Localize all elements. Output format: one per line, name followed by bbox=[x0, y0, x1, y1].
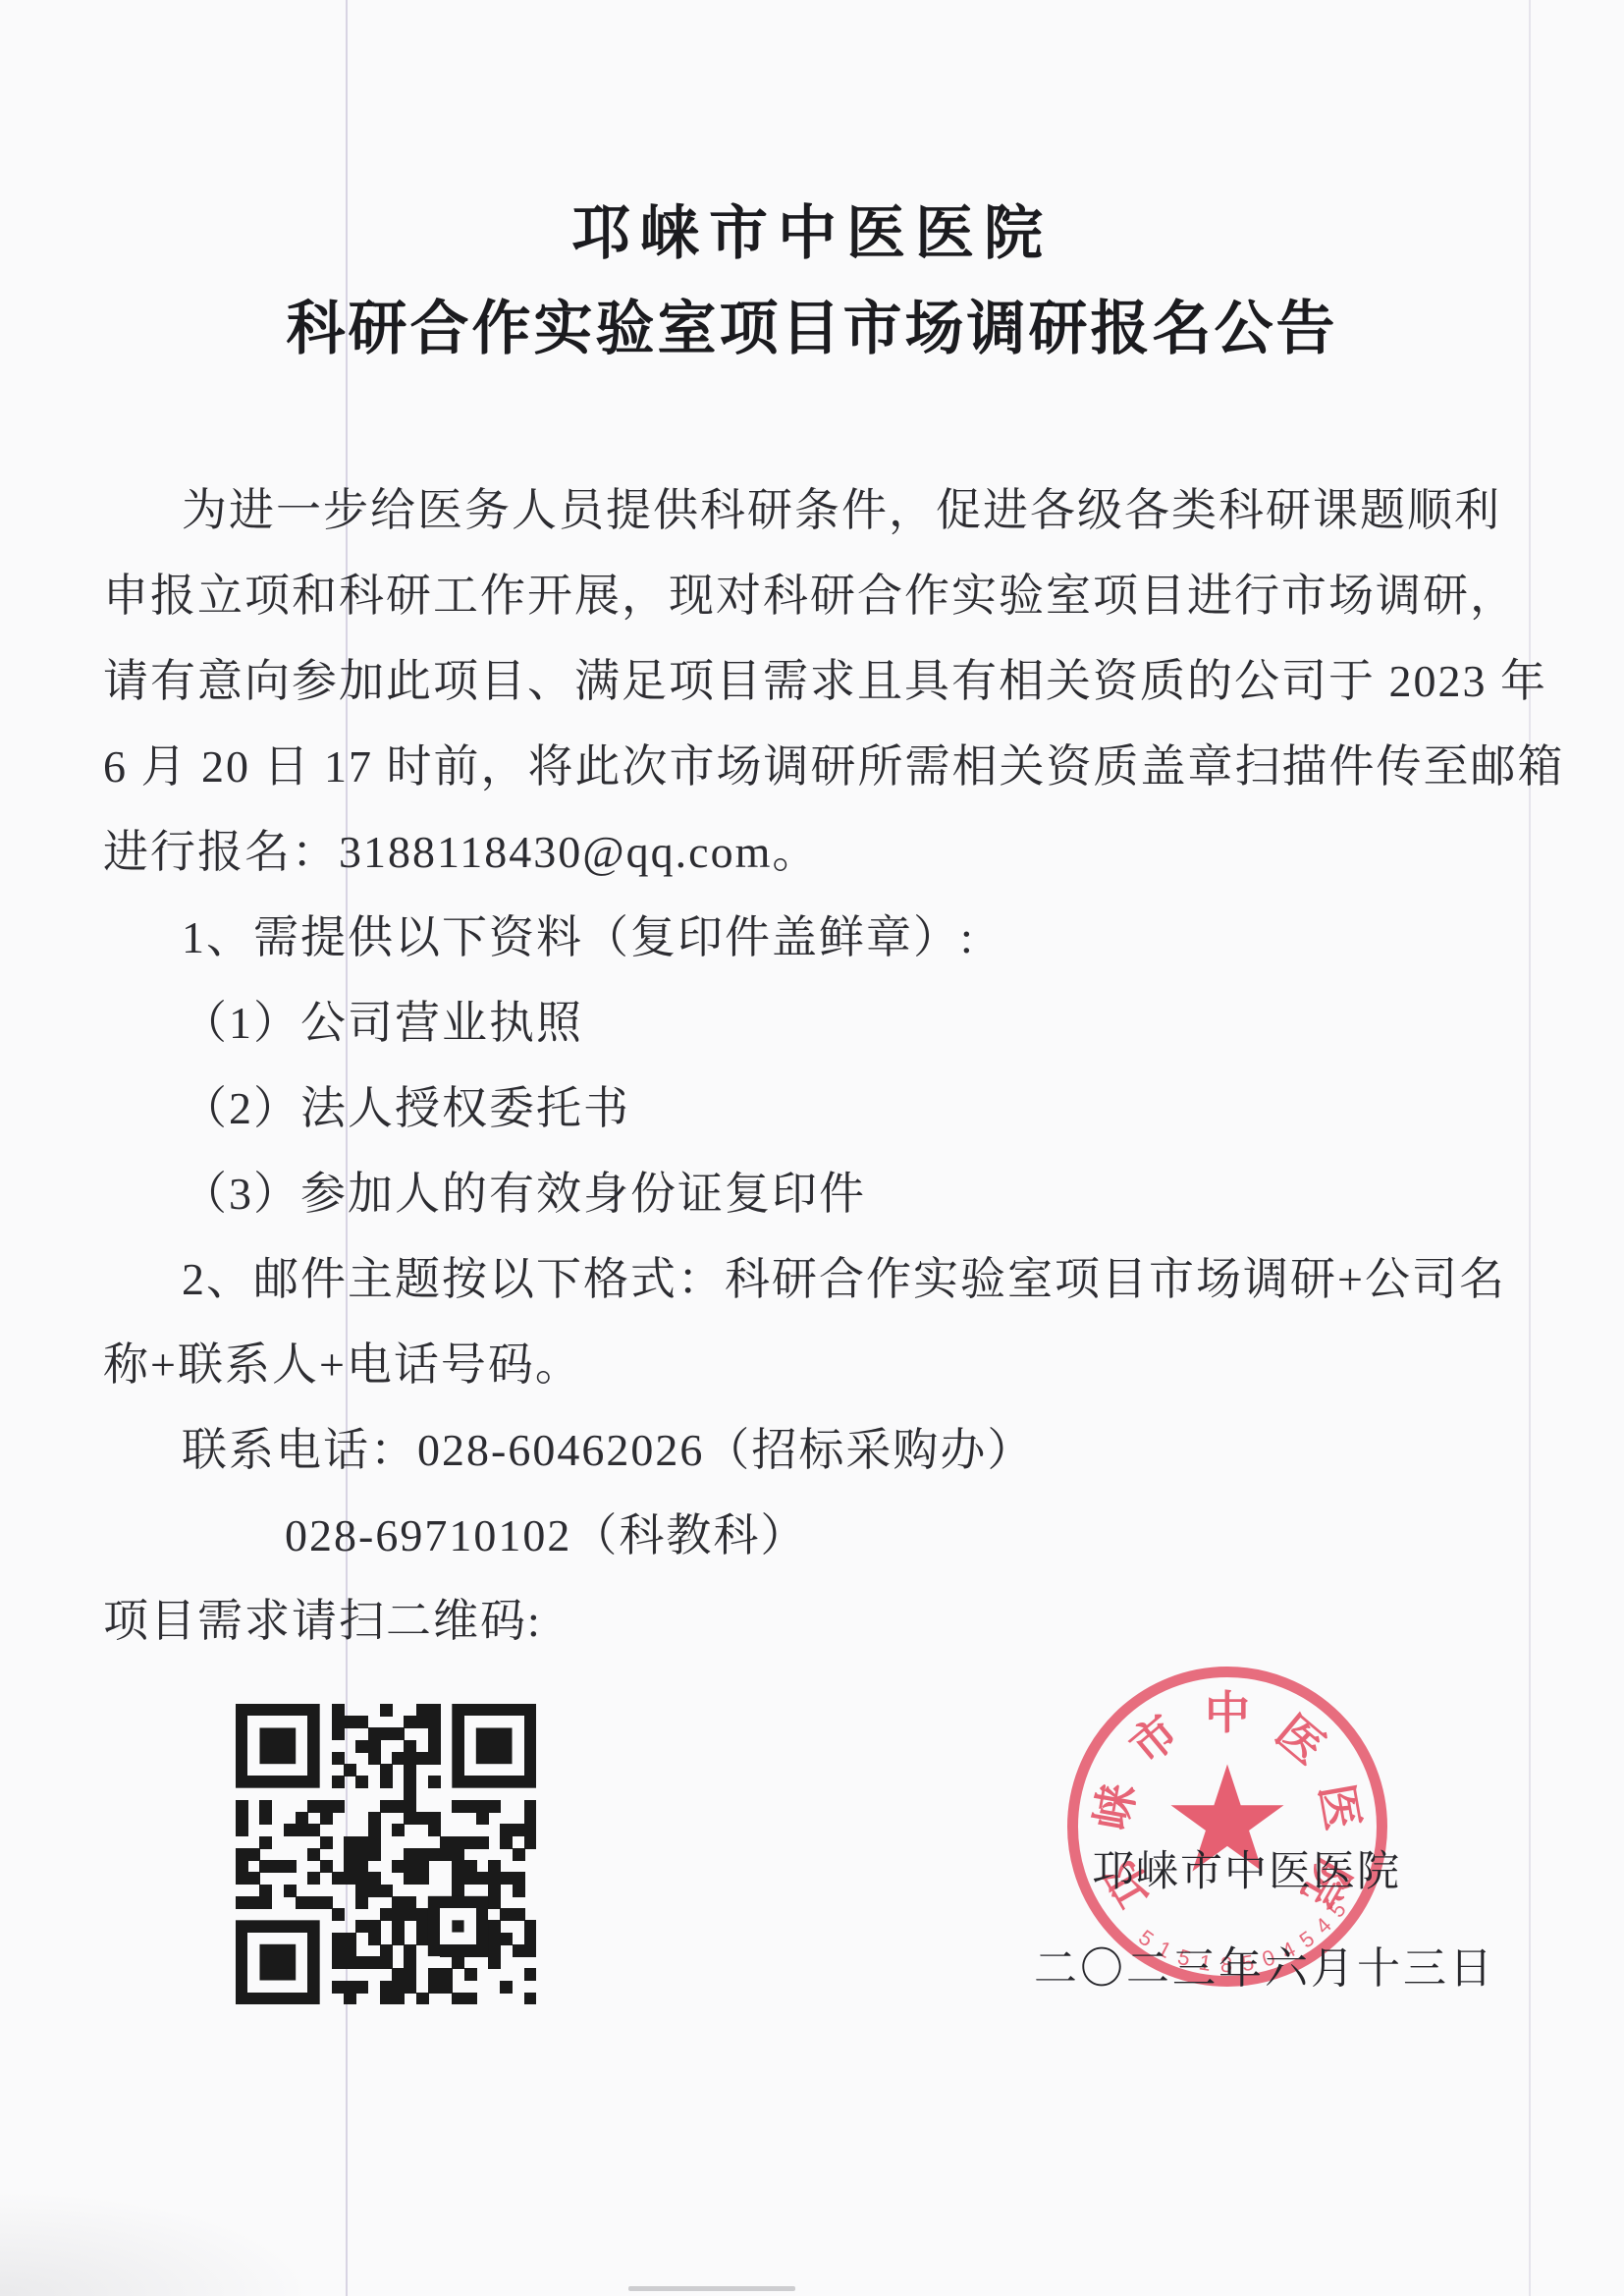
signature-hospital-name: 邛崃市中医医院 bbox=[1092, 1838, 1401, 1898]
seal-code: 51518504545 bbox=[1078, 1677, 1377, 1976]
list-item-1-header: 1、需提供以下资料（复印件盖鲜章）: bbox=[103, 895, 1537, 980]
body-line: 6 月 20 日 17 时前，将此次市场调研所需相关资质盖章扫描件传至邮箱 bbox=[103, 724, 1537, 809]
list-item-2-header: 2、邮件主题按以下格式：科研合作实验室项目市场调研+公司名 bbox=[103, 1236, 1537, 1322]
scan-edge-artifact bbox=[628, 2286, 795, 2291]
list-item-business-license: （1）公司营业执照 bbox=[103, 980, 1537, 1066]
contact-phone-2: 028-69710102（科教科） bbox=[103, 1493, 1537, 1578]
body-line: 为进一步给医务人员提供科研条件，促进各级各类科研课题顺利 bbox=[103, 467, 1537, 553]
body-line: 申报立项和科研工作开展，现对科研合作实验室项目进行市场调研， bbox=[103, 553, 1537, 638]
hospital-title: 邛崃市中医医院 bbox=[0, 204, 1624, 263]
seal-ring-char: 市 bbox=[1121, 1706, 1188, 1773]
scanned-document-page: 邛崃市中医医院 科研合作实验室项目市场调研报名公告 为进一步给医务人员提供科研条… bbox=[0, 0, 1624, 2296]
contact-phone-1: 联系电话：028-60462026（招标采购办） bbox=[103, 1407, 1537, 1493]
seal-ring-char: 中 bbox=[1204, 1689, 1251, 1736]
list-item-id-copy: （3）参加人的有效身份证复印件 bbox=[103, 1151, 1537, 1236]
body-line: 请有意向参加此项目、满足项目需求且具有相关资质的公司于 2023 年 bbox=[103, 638, 1537, 724]
announcement-title: 科研合作实验室项目市场调研报名公告 bbox=[0, 300, 1624, 358]
seal-ring-char: 崃 bbox=[1088, 1779, 1143, 1834]
signature-date: 二〇二三年六月十三日 bbox=[1034, 1933, 1495, 1995]
qr-instruction-line: 项目需求请扫二维码: bbox=[103, 1578, 1537, 1664]
announcement-body: 为进一步给医务人员提供科研条件，促进各级各类科研课题顺利 申报立项和科研工作开展… bbox=[103, 467, 1537, 1664]
seal-ring-char: 医 bbox=[1268, 1706, 1334, 1773]
scan-corner-shadow bbox=[0, 2190, 314, 2296]
registration-email-line: 进行报名：3188118430@qq.com。 bbox=[103, 809, 1537, 895]
body-line: 称+联系人+电话号码。 bbox=[103, 1322, 1537, 1407]
qr-code bbox=[236, 1704, 536, 2004]
seal-ring-char: 医 bbox=[1312, 1779, 1367, 1834]
list-item-authorization-letter: （2）法人授权委托书 bbox=[103, 1066, 1537, 1151]
